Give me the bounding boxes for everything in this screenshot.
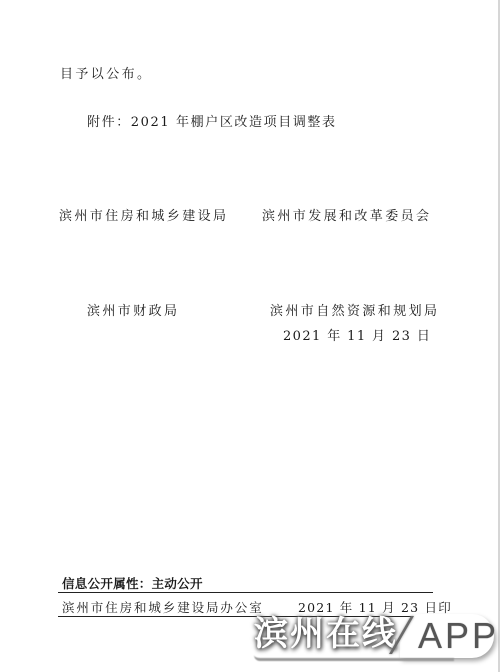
footer-disclosure-row: 信息公开属性：主动公开 [58, 576, 433, 593]
signing-date: 2021 年 11 月 23 日 [283, 330, 431, 344]
signature-housing-bureau: 滨州市住房和城乡建设局 [59, 210, 228, 224]
app-watermark: 滨州在线 APP [250, 612, 496, 662]
document-page: 目予以公布。 附件：2021 年棚户区改造项目调整表 滨州市住房和城乡建设局 滨… [0, 0, 500, 672]
signature-finance-bureau: 滨州市财政局 [87, 305, 179, 319]
disclosure-attribute: 信息公开属性：主动公开 [62, 576, 203, 591]
issuing-office: 滨州市住房和城乡建设局办公室 [62, 600, 264, 615]
watermark-brand-cn: 滨州在线 [254, 614, 398, 654]
body-text-fragment: 目予以公布。 [60, 68, 152, 82]
watermark-brand-en: APP [418, 616, 499, 656]
signature-development-commission: 滨州市发展和改革委员会 [262, 210, 431, 224]
signature-natural-resources-bureau: 滨州市自然资源和规划局 [270, 305, 439, 319]
attachment-line: 附件：2021 年棚户区改造项目调整表 [87, 116, 337, 130]
